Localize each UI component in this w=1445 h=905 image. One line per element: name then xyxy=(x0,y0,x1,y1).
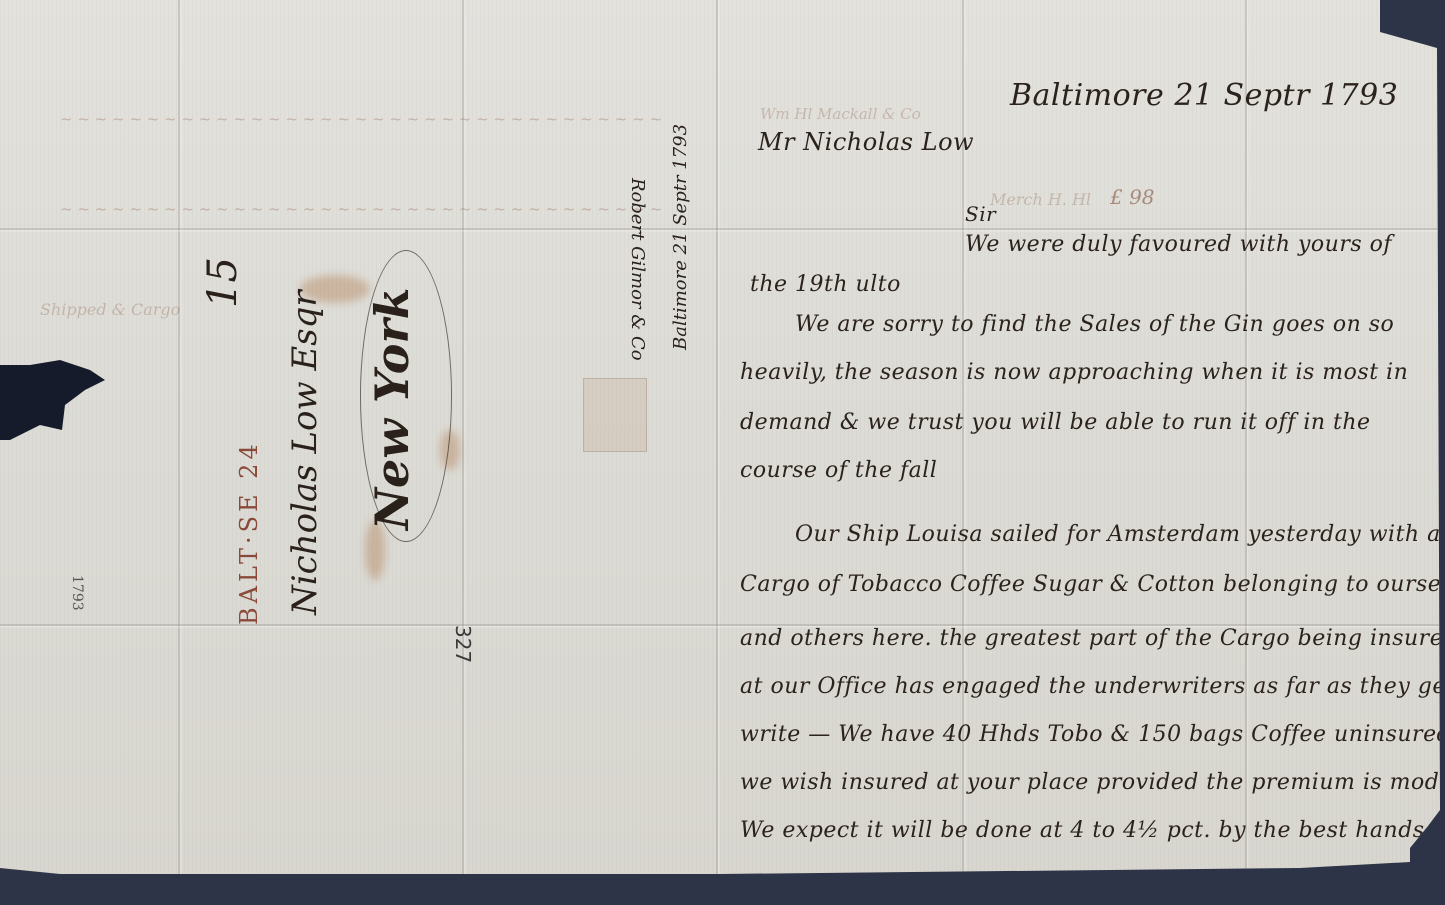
letter-sheet: Wm Hl Mackall & Co £ 98 Merch H. Hl Ship… xyxy=(0,0,1440,888)
bleed-through-text: Merch H. Hl xyxy=(990,190,1091,209)
letter-line: and others here. the greatest part of th… xyxy=(740,626,1445,651)
fold-line xyxy=(716,0,718,888)
docketing-line-1: Robert Gilmor & Co xyxy=(627,178,648,361)
letter-line: at our Office has engaged the underwrite… xyxy=(740,674,1445,699)
faded-writing: ~ ~ ~ ~ ~ ~ ~ ~ ~ ~ ~ ~ ~ ~ ~ ~ ~ ~ ~ ~ … xyxy=(60,110,662,128)
side-note: 1793 xyxy=(69,575,85,611)
letter-line: Cargo of Tobacco Coffee Sugar & Cotton b… xyxy=(740,572,1445,597)
address-panel: 15 BALT·SE 24 Nicholas Low Esqr New York… xyxy=(180,230,640,650)
letter-place-date: Baltimore 21 Septr 1793 xyxy=(1010,78,1398,113)
letter-line: We are sorry to find the Sales of the Gi… xyxy=(795,312,1394,337)
bleed-through-text: Shipped & Cargo xyxy=(40,300,180,319)
letter-line: write — We have 40 Hhds Tobo & 150 bags … xyxy=(740,722,1445,747)
city-flourish xyxy=(360,250,452,542)
letter-line: demand & we trust you will be able to ru… xyxy=(740,410,1371,435)
addressee-name: Nicholas Low Esqr xyxy=(285,290,325,615)
bleed-through-text: Wm Hl Mackall & Co xyxy=(760,105,921,123)
fold-line xyxy=(1245,0,1247,888)
letter-salutation: Sir xyxy=(965,202,996,226)
letter-line: We expect it will be done at 4 to 4½ pct… xyxy=(740,818,1425,843)
rate-marking: 15 xyxy=(200,257,246,308)
letter-line: the 19th ulto xyxy=(750,272,901,297)
faded-writing: ~ ~ ~ ~ ~ ~ ~ ~ ~ ~ ~ ~ ~ ~ ~ ~ ~ ~ ~ ~ … xyxy=(60,200,662,218)
docket-number: 327 xyxy=(451,625,475,663)
letter-recipient: Mr Nicholas Low xyxy=(758,128,974,156)
letter-line: course of the fall xyxy=(740,458,937,483)
letter-line: we wish insured at your place provided t… xyxy=(740,770,1445,795)
letter-line: heavily, the season is now approaching w… xyxy=(740,360,1408,385)
letter-line: We were duly favoured with yours of xyxy=(965,232,1392,257)
docketing-line-2: Baltimore 21 Septr 1793 xyxy=(670,124,691,350)
bleed-through-text: £ 98 xyxy=(1110,185,1155,209)
letter-line: Our Ship Louisa sailed for Amsterdam yes… xyxy=(795,522,1441,547)
postmark: BALT·SE 24 xyxy=(235,440,263,625)
